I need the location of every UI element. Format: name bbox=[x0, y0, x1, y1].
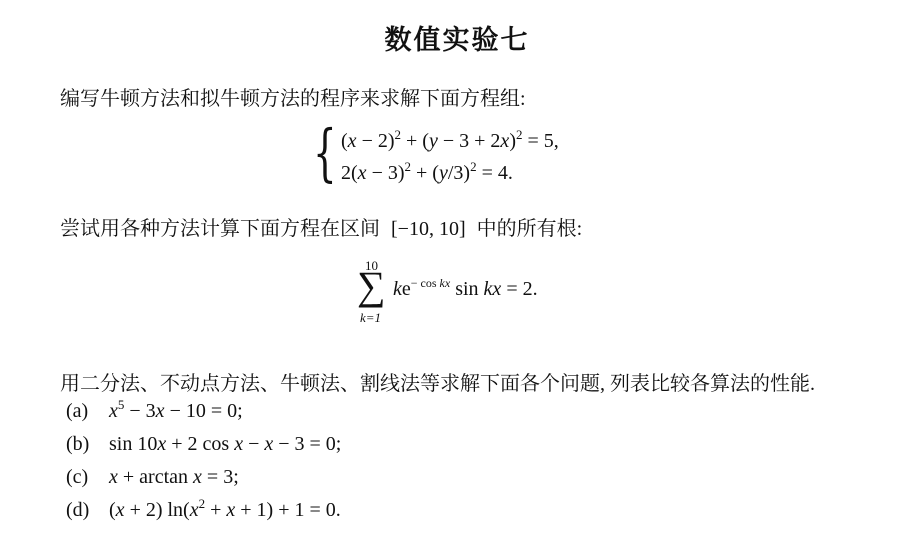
item-label: (c) bbox=[66, 466, 104, 489]
list-item: (b) sin 10x + 2 cos x − x − 3 = 0; bbox=[66, 433, 341, 456]
equation-1: (x − 2)2 + (y − 3 + 2x)2 = 5, bbox=[341, 130, 559, 153]
left-brace: { bbox=[313, 120, 337, 186]
sigma-symbol: ∑ bbox=[357, 266, 386, 306]
page-title: 数值实验七 bbox=[0, 18, 914, 57]
list-item: (c) x + arctan x = 3; bbox=[66, 466, 239, 489]
section2-intro: 尝试用各种方法计算下面方程在区间 [−10, 10] 中的所有根: bbox=[60, 212, 582, 241]
equation-2: 2(x − 3)2 + (y/3)2 = 4. bbox=[341, 162, 513, 185]
section2-intro-prefix: 尝试用各种方法计算下面方程在区间 bbox=[60, 218, 380, 240]
interval: [−10, 10] bbox=[391, 218, 466, 240]
summation-equation: 10 ∑ k=1 ke− cos kx sin kx = 2. bbox=[357, 258, 597, 328]
sum-body: ke− cos kx sin kx = 2. bbox=[393, 278, 538, 301]
section3-intro: 用二分法、不动点方法、牛顿法、割线法等求解下面各个问题, 列表比较各算法的性能. bbox=[60, 367, 815, 396]
item-label: (b) bbox=[66, 433, 104, 456]
sum-lower-limit: k=1 bbox=[360, 310, 381, 326]
item-label: (d) bbox=[66, 499, 104, 522]
item-label: (a) bbox=[66, 400, 104, 423]
section2-intro-suffix: 中的所有根: bbox=[477, 218, 583, 240]
list-item: (a) x5 − 3x − 10 = 0; bbox=[66, 400, 243, 423]
list-item: (d) (x + 2) ln(x2 + x + 1) + 1 = 0. bbox=[66, 499, 341, 522]
section1-intro: 编写牛顿方法和拟牛顿方法的程序来求解下面方程组: bbox=[60, 82, 526, 111]
